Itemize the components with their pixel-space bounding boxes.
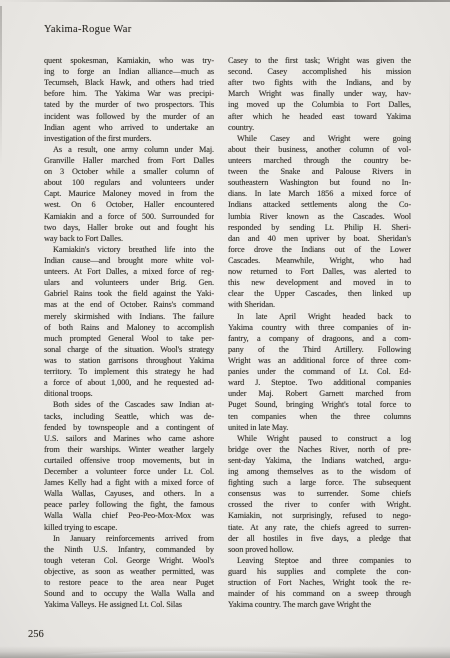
paragraph: Both sides of the Cascades saw Indian at… [44,399,214,532]
text-line: Leaving Steptoe and three companies to [228,555,411,566]
text-line: fended by townspeople and a contingent o… [44,422,214,433]
text-line: ward J. Steptoe. Two additional companie… [228,377,411,388]
text-line: bridge over the Naches River, north of p… [228,444,411,455]
text-line: Both sides of the Cascades saw Indian at… [44,399,214,410]
text-line: Yakima country with three companies of i… [228,322,411,333]
text-line: territory. To implement this strategy he… [44,366,214,377]
text-line: ing to forge an Indian alliance—much as [44,66,214,77]
text-line: unteers. At Fort Dalles, a mixed force o… [44,266,214,277]
text-line: this new development and moved in to [228,277,411,288]
text-line: with Sheridan. [228,299,411,310]
text-line: before him. The Yakima War was precipi- [44,88,214,99]
text-line: Wright was an additional force of three … [228,355,411,366]
text-line: struction of Fort Naches, Wright took th… [228,577,411,588]
text-line: west. On 6 October, Haller encountered [44,199,214,210]
text-line: Capt. Maurice Maloney moved in from the [44,188,214,199]
text-line: sent-day Yakima, the Indians watched, ar… [228,455,411,466]
text-line: merely skirmished with Indians. The fail… [44,311,214,322]
paragraph: In January reinforcements arrived fromth… [44,533,214,611]
text-line: consensus was to surrender. Some chiefs [228,488,411,499]
text-line: As a result, one army column under Maj. [44,144,214,155]
text-line: Yakima country. The march gave Wright th… [228,599,411,610]
text-line: dan and 40 men upriver by boat. Sheridan… [228,233,411,244]
text-line: of both Rains and Maloney to accomplish [44,322,214,333]
text-line: peace parley following the fight, the fa… [44,499,214,510]
text-line: panies under the command of Lt. Col. Ed- [228,366,411,377]
text-line: ing moved up the Columbia to Fort Dalles… [228,99,411,110]
text-line: James Kelly had a fight with a mixed for… [44,477,214,488]
text-line: ulars and volunteers under Brig. Gen. [44,277,214,288]
text-line: Sound and to occupy the Walla Walla and [44,588,214,599]
text-line: on 3 October while a smaller column of [44,166,214,177]
running-head: Yakima-Rogue War [44,24,132,35]
text-line: dians. In late March 1856 a mixed force … [228,188,411,199]
paragraph: quent spokesman, Kamiakin, who was try-i… [44,55,214,144]
text-line: to restore peace to the area near Puget [44,577,214,588]
text-line: quent spokesman, Kamiakin, who was try- [44,55,214,66]
text-line: tough veteran Col. George Wright. Wool's [44,555,214,566]
text-line: second. Casey accomplished his mission [228,66,411,77]
text-line: curtailed offensive troop movements, but… [44,455,214,466]
text-line: about their business, another column of … [228,144,411,155]
text-line: from their warships. Winter weather larg… [44,444,214,455]
text-line: Tecumseh, Black Hawk, and others had tri… [44,77,214,88]
text-line: December a volunteer force under Lt. Col… [44,466,214,477]
text-line: sonal charge of the situation. Wool's st… [44,344,214,355]
text-line: now returned to Fort Dalles, was alerted… [228,266,411,277]
text-line: While Casey and Wright were going [228,133,411,144]
text-line: guard his supplies and complete the con- [228,566,411,577]
scan-top-edge [0,0,450,2]
text-columns: quent spokesman, Kamiakin, who was try-i… [44,55,411,610]
text-line: ing among themselves as to the wisdom of [228,466,411,477]
text-line: While Wright paused to construct a log [228,433,411,444]
text-line: mas at the end of October. Rains's comma… [44,299,214,310]
text-line: March Wright was finally under way, hav- [228,88,411,99]
text-line: way back to Fort Dalles. [44,233,214,244]
text-line: southeastern Washington but found no In- [228,177,411,188]
text-line: Kamiakin's victory breathed life into th… [44,244,214,255]
text-line: the Ninth U.S. Infantry, commanded by [44,544,214,555]
text-line: much prompted General Wool to take per- [44,333,214,344]
text-line: a force of about 1,000, and he requested… [44,377,214,388]
paragraph: In late April Wright headed back toYakim… [228,311,411,433]
text-line: country. [228,122,411,133]
scan-bottom-shadow [0,646,450,658]
text-line: tacks, including Seattle, which was de- [44,411,214,422]
text-line: fantry, a company of dragoons, and a com… [228,333,411,344]
text-line: about 100 regulars and volunteers under [44,177,214,188]
text-line: incident was followed by the murder of a… [44,111,214,122]
text-line: unteers marched through the country be- [228,155,411,166]
paragraph: Leaving Steptoe and three companies togu… [228,555,411,611]
text-column-left: quent spokesman, Kamiakin, who was try-i… [44,55,214,610]
text-line: ten companies when the three columns [228,411,411,422]
text-line: Indian cause—and brought more white vol- [44,255,214,266]
text-line: united in late May. [228,422,411,433]
text-line: tiate. At any rate, the chiefs agreed to… [228,522,411,533]
text-line: Indian agent who arrived to undertake an [44,122,214,133]
text-line: tween the Snake and Palouse Rivers in [228,166,411,177]
text-line: was to station garrisons throughout Yaki… [44,355,214,366]
paragraph: While Wright paused to construct a logbr… [228,433,411,555]
text-line: Kamiakin and a force of 500. Surrounded … [44,211,214,222]
text-line: Kamiakin, not surprisingly, refused to n… [228,510,411,521]
text-line: fighting such a large force. The subsequ… [228,477,411,488]
text-line: der all hostiles in five days, a pledge … [228,533,411,544]
text-line: Casey to the first task; Wright was give… [228,55,411,66]
text-line: U.S. sailors and Marines who came ashore [44,433,214,444]
text-line: Cascades. Meanwhile, Wright, who had [228,255,411,266]
text-line: In late April Wright headed back to [228,311,411,322]
text-line: responded by sending Lt. Philip H. Sheri… [228,222,411,233]
paragraph: While Casey and Wright were goingabout t… [228,133,411,311]
text-line: ditional troops. [44,388,214,399]
text-line: Puget Sound, bringing Wright's total for… [228,399,411,410]
scan-left-edge [0,6,2,166]
page-number: 256 [28,629,44,640]
text-line: investigation of the first murders. [44,133,214,144]
text-line: under Maj. Robert Garnett marched from [228,388,411,399]
text-line: after which he headed east toward Yakima [228,111,411,122]
paragraph: As a result, one army column under Maj.G… [44,144,214,244]
text-line: In January reinforcements arrived from [44,533,214,544]
text-line: Yakima Valleys. He assigned Lt. Col. Sil… [44,599,214,610]
text-line: after two fights with the Indians, and b… [228,77,411,88]
text-line: tated by the murder of two prospectors. … [44,99,214,110]
paragraph: Casey to the first task; Wright was give… [228,55,411,133]
text-line: Walla Wallas, Cayuses, and others. In a [44,488,214,499]
text-line: Walla Walla chief Peo-Peo-Mox-Mox was [44,510,214,521]
text-line: lumbia River known as the Cascades. Wool [228,211,411,222]
text-line: mainder of his command on a sweep throug… [228,588,411,599]
scanned-book-page: Yakima-Rogue War quent spokesman, Kamiak… [0,0,450,658]
text-line: crossed the river to confer with Wright. [228,499,411,510]
text-line: soon proved hollow. [228,544,411,555]
text-column-right: Casey to the first task; Wright was give… [228,55,411,610]
text-line: objective, as soon as weather permitted,… [44,566,214,577]
paragraph: Kamiakin's victory breathed life into th… [44,244,214,400]
text-line: two days, Haller broke out and fought hi… [44,222,214,233]
text-line: clear the Upper Cascades, then linked up [228,288,411,299]
text-line: killed trying to escape. [44,522,214,533]
text-line: Indians attacked settlements along the C… [228,199,411,210]
text-line: Granville Haller marched from Fort Dalle… [44,155,214,166]
text-line: force drove the Indians out of the Lower [228,244,411,255]
text-line: Gabriel Rains took the field against the… [44,288,214,299]
text-line: pany of the Third Artillery. Following [228,344,411,355]
